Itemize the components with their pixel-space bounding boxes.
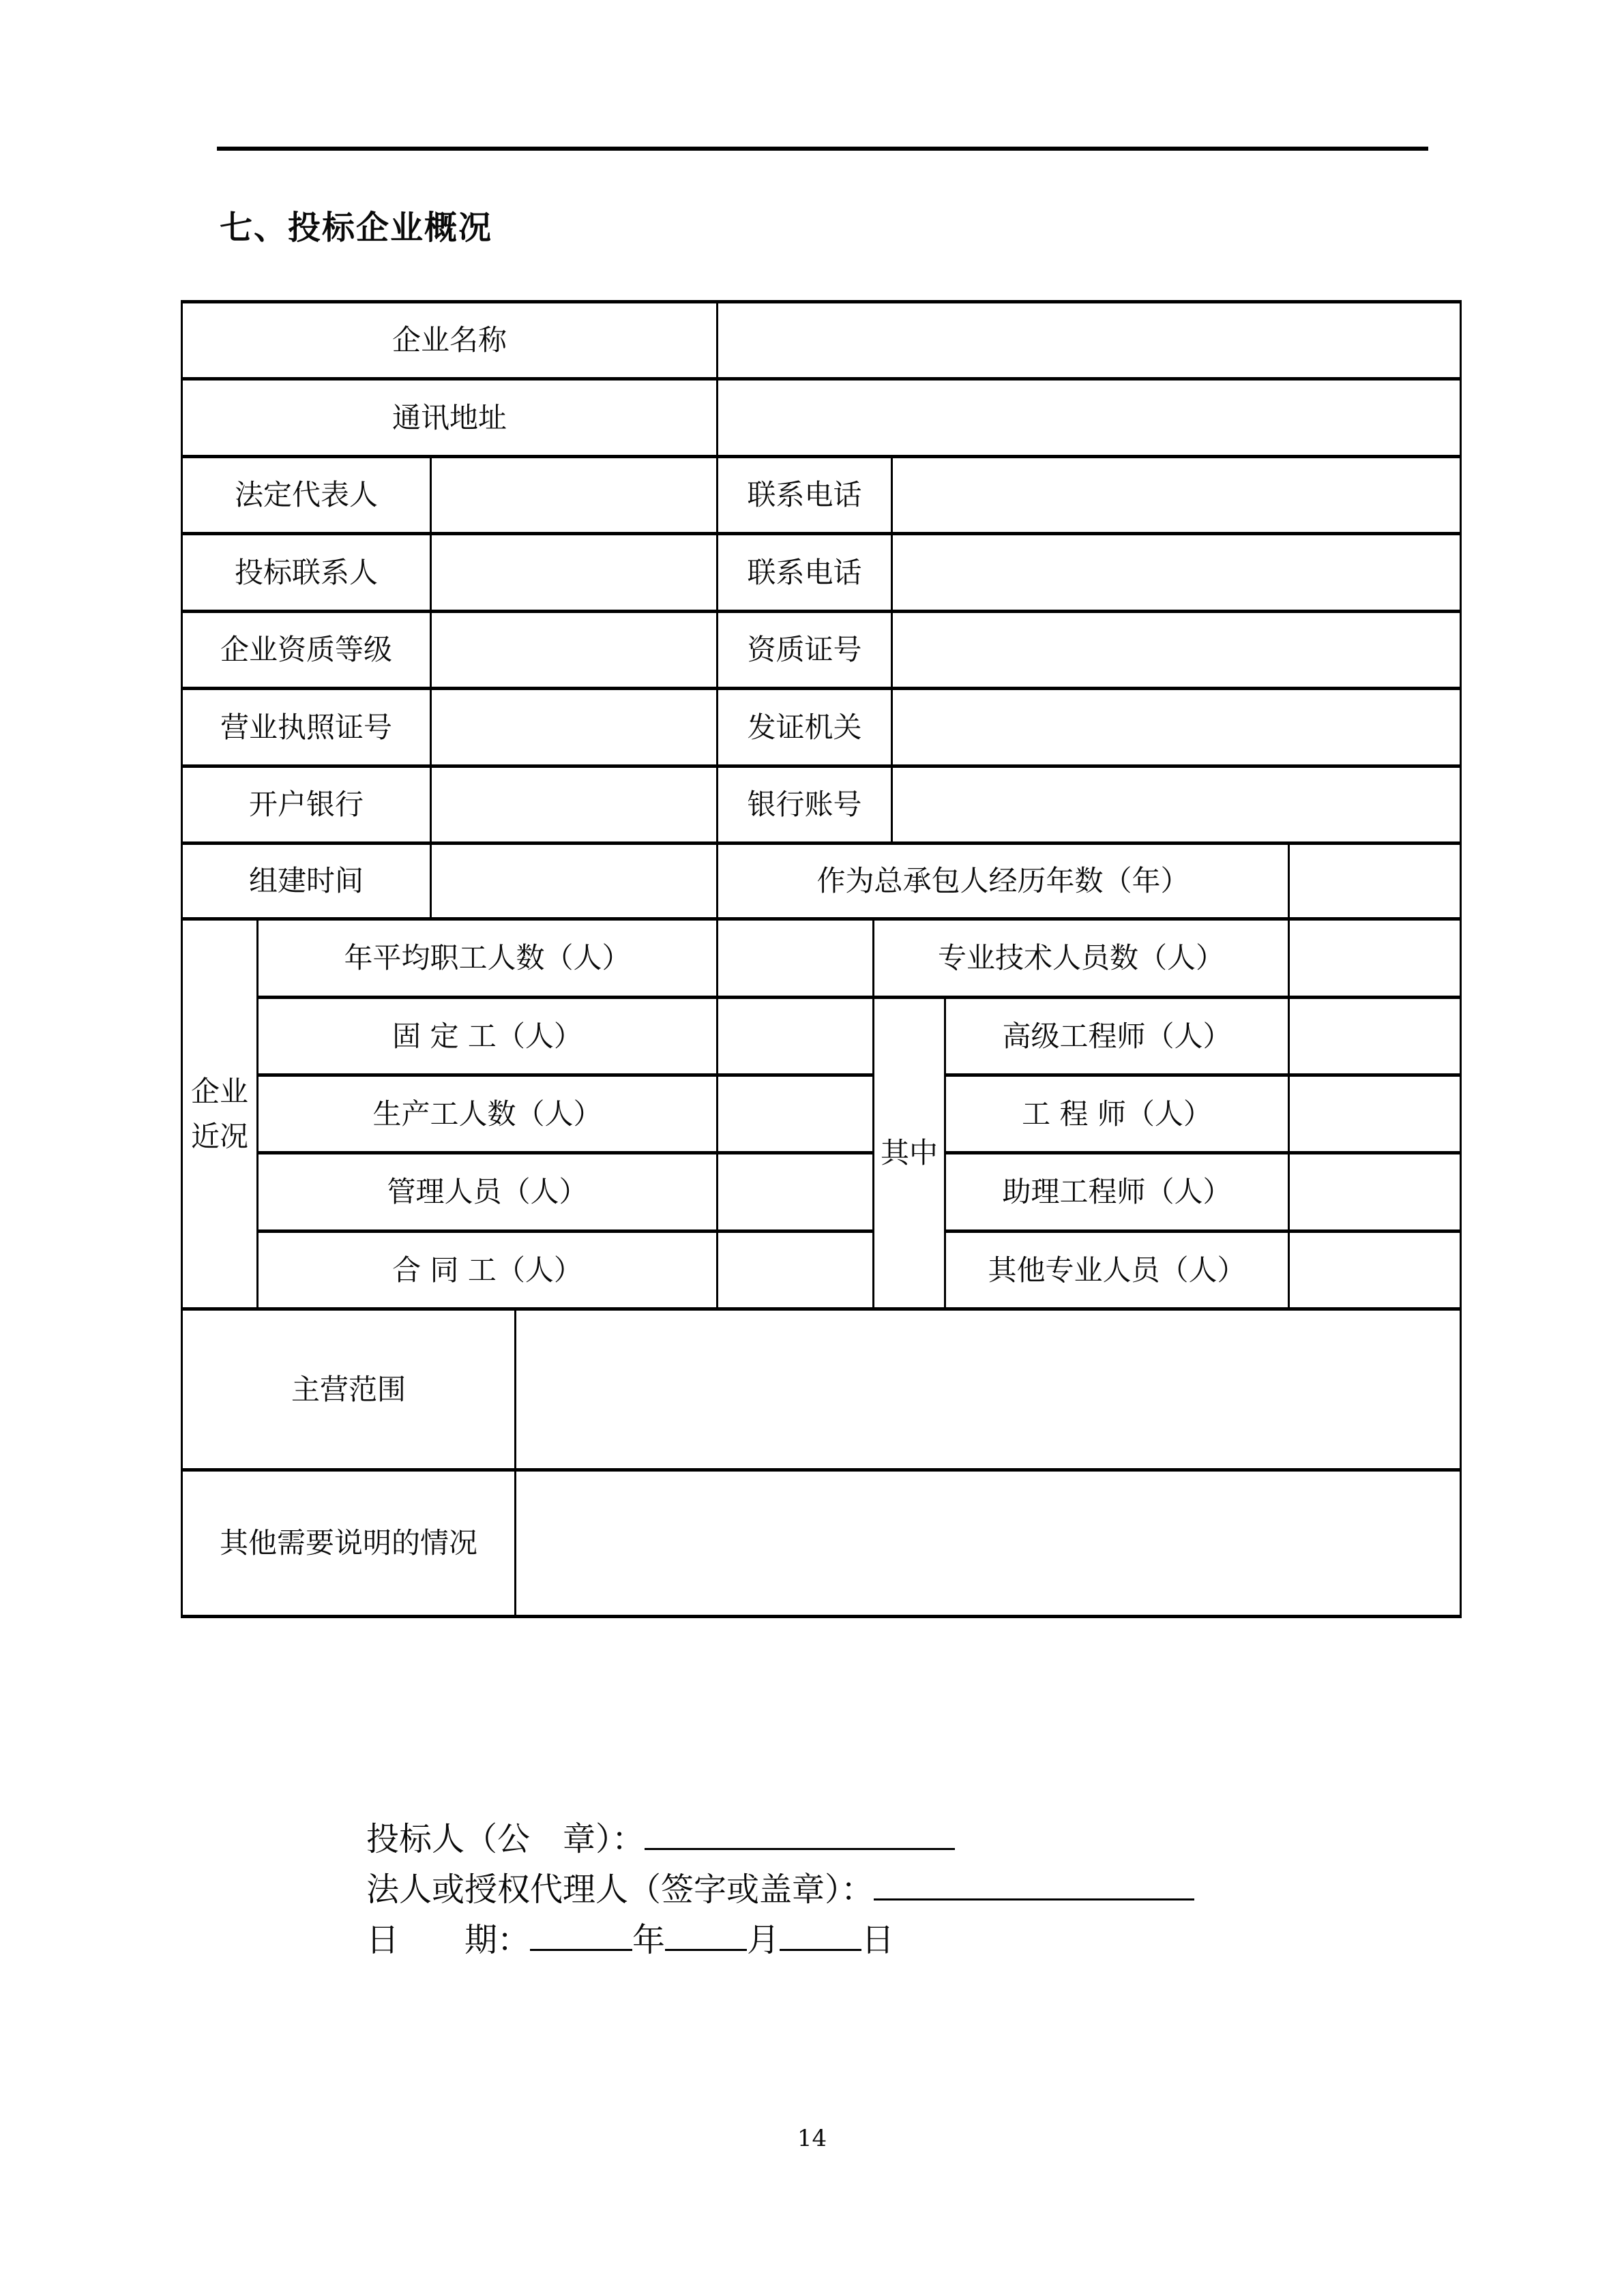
date-day-blank — [780, 1916, 861, 1951]
among-them-label: 其中 — [874, 998, 945, 1309]
table-row: 通讯地址 — [182, 379, 1461, 457]
management-value-cell — [718, 1153, 874, 1232]
legal-rep-sign-blank — [874, 1866, 1194, 1900]
phone2-label: 联系电话 — [718, 534, 892, 612]
table-row: 法定代表人 联系电话 — [182, 457, 1461, 534]
senior-engineers-value-cell — [1289, 998, 1461, 1075]
table-row: 固 定 工（人） 其中 高级工程师（人） — [182, 998, 1461, 1075]
enterprise-overview-table: 企业名称 通讯地址 法定代表人 联系电话 投标联系人 联系电话 企业资质等级 资… — [181, 300, 1462, 1618]
engineers-label: 工 程 师（人） — [945, 1075, 1289, 1153]
date-label: 日 期： — [366, 1921, 530, 1959]
date-year-label: 年 — [632, 1921, 665, 1959]
legal-rep-value-cell — [431, 457, 718, 534]
establish-time-label: 组建时间 — [182, 844, 431, 919]
table-row: 开户银行 银行账号 — [182, 766, 1461, 844]
signature-block: 投标人（公 章）： 法人或授权代理人（签字或盖章）： 日 期：年月日 — [366, 1814, 1194, 1965]
table-row: 投标联系人 联系电话 — [182, 534, 1461, 612]
fixed-workers-label: 固 定 工（人） — [258, 998, 718, 1075]
document-page: 七、投标企业概况 企业名称 通讯地址 法定代表人 联系电话 投标联系人 联系电话 — [0, 0, 1624, 2296]
table-row: 合 同 工（人） 其他专业人员（人） — [182, 1232, 1461, 1309]
qualification-cert-no-label: 资质证号 — [718, 612, 892, 689]
management-label: 管理人员（人） — [258, 1153, 718, 1232]
main-business-value-cell — [516, 1309, 1461, 1470]
table-row: 其他需要说明的情况 — [182, 1470, 1461, 1617]
company-name-label: 企业名称 — [182, 302, 718, 379]
address-label: 通讯地址 — [182, 379, 718, 457]
qualification-level-label: 企业资质等级 — [182, 612, 431, 689]
contract-workers-label: 合 同 工（人） — [258, 1232, 718, 1309]
qualification-cert-no-value-cell — [892, 612, 1461, 689]
bidder-seal-label: 投标人（公 章）： — [366, 1820, 645, 1858]
legal-rep-sign-label: 法人或授权代理人（签字或盖章）： — [366, 1870, 874, 1909]
main-business-label: 主营范围 — [182, 1309, 516, 1470]
page-title: 七、投标企业概况 — [220, 207, 492, 248]
date-day-label: 日 — [861, 1921, 894, 1959]
date-line: 日 期：年月日 — [366, 1915, 1194, 1965]
header-rule — [217, 147, 1428, 151]
table-row: 企业 近况 年平均职工人数（人） 专业技术人员数（人） — [182, 919, 1461, 998]
production-workers-value-cell — [718, 1075, 874, 1153]
company-name-value-cell — [718, 302, 1461, 379]
table-row: 组建时间 作为总承包人经历年数（年） — [182, 844, 1461, 919]
bank-label: 开户银行 — [182, 766, 431, 844]
date-month-label: 月 — [747, 1921, 780, 1959]
contract-workers-value-cell — [718, 1232, 874, 1309]
contractor-years-label: 作为总承包人经历年数（年） — [718, 844, 1289, 919]
address-value-cell — [718, 379, 1461, 457]
contractor-years-value-cell — [1289, 844, 1461, 919]
bid-contact-label: 投标联系人 — [182, 534, 431, 612]
date-year-blank — [530, 1916, 632, 1951]
legal-rep-sign-line: 法人或授权代理人（签字或盖章）： — [366, 1864, 1194, 1915]
other-professionals-value-cell — [1289, 1232, 1461, 1309]
assistant-engineers-label: 助理工程师（人） — [945, 1153, 1289, 1232]
legal-rep-label: 法定代表人 — [182, 457, 431, 534]
tech-staff-value-cell — [1289, 919, 1461, 998]
engineers-value-cell — [1289, 1075, 1461, 1153]
qualification-level-value-cell — [431, 612, 718, 689]
phone1-label: 联系电话 — [718, 457, 892, 534]
tech-staff-label: 专业技术人员数（人） — [874, 919, 1289, 998]
table-row: 主营范围 — [182, 1309, 1461, 1470]
avg-staff-value-cell — [718, 919, 874, 998]
other-notes-label: 其他需要说明的情况 — [182, 1470, 516, 1617]
bidder-seal-line: 投标人（公 章）： — [366, 1814, 1194, 1864]
page-number: 14 — [0, 2125, 1624, 2152]
bid-contact-value-cell — [431, 534, 718, 612]
business-license-no-value-cell — [431, 689, 718, 766]
table-row: 企业资质等级 资质证号 — [182, 612, 1461, 689]
bank-account-label: 银行账号 — [718, 766, 892, 844]
other-notes-value-cell — [516, 1470, 1461, 1617]
assistant-engineers-value-cell — [1289, 1153, 1461, 1232]
issuing-authority-value-cell — [892, 689, 1461, 766]
avg-staff-label: 年平均职工人数（人） — [258, 919, 718, 998]
phone2-value-cell — [892, 534, 1461, 612]
phone1-value-cell — [892, 457, 1461, 534]
table-row: 生产工人数（人） 工 程 师（人） — [182, 1075, 1461, 1153]
fixed-workers-value-cell — [718, 998, 874, 1075]
table-row: 企业名称 — [182, 302, 1461, 379]
company-status-label: 企业 近况 — [182, 919, 258, 1309]
issuing-authority-label: 发证机关 — [718, 689, 892, 766]
establish-time-value-cell — [431, 844, 718, 919]
business-license-no-label: 营业执照证号 — [182, 689, 431, 766]
production-workers-label: 生产工人数（人） — [258, 1075, 718, 1153]
bank-account-value-cell — [892, 766, 1461, 844]
table-row: 营业执照证号 发证机关 — [182, 689, 1461, 766]
senior-engineers-label: 高级工程师（人） — [945, 998, 1289, 1075]
table-row: 管理人员（人） 助理工程师（人） — [182, 1153, 1461, 1232]
other-professionals-label: 其他专业人员（人） — [945, 1232, 1289, 1309]
bidder-seal-blank — [645, 1815, 955, 1850]
bank-value-cell — [431, 766, 718, 844]
date-month-blank — [665, 1916, 747, 1951]
